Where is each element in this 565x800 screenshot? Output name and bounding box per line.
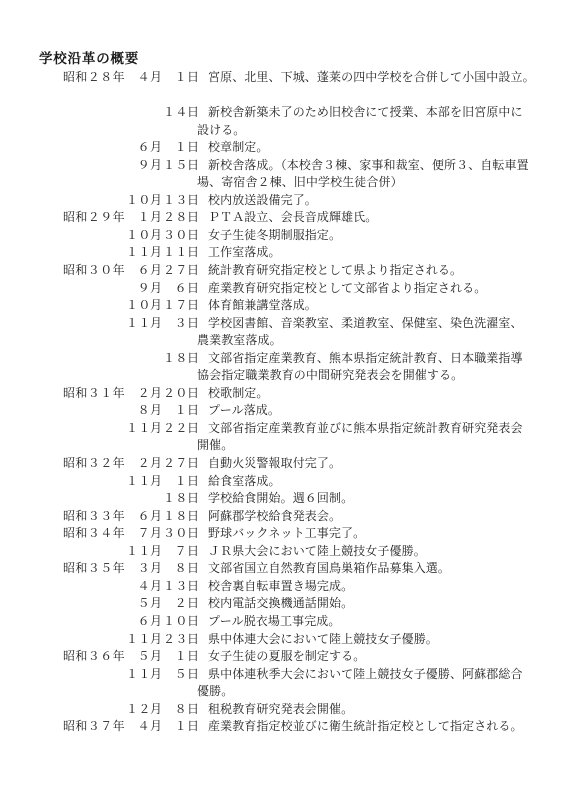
timeline-continuation-line: 協会指定職業教育の中間研究発表会を開催する。 [63, 367, 547, 385]
event-text: 野球バックネット工事完了。 [208, 525, 547, 543]
day-suffix: 日 [187, 578, 200, 596]
month-suffix: 月 [150, 420, 163, 438]
day-suffix: 日 [187, 508, 200, 526]
month-suffix [150, 490, 163, 508]
day-number: ６ [163, 280, 187, 298]
timeline-continuation-line: 優勝。 [63, 683, 547, 701]
event-text: 校内電話交換機通話開始。 [208, 595, 547, 613]
era-year: 昭和３０年 [63, 262, 126, 280]
event-text: 阿蘇郡学校給食発表会。 [208, 508, 547, 526]
timeline-entry: 昭和３３年６月１８日阿蘇郡学校給食発表会。 [63, 508, 547, 526]
day-suffix: 日 [187, 385, 200, 403]
month-suffix: 月 [150, 455, 163, 473]
day-number: １ [163, 718, 187, 736]
era-year [63, 227, 126, 245]
month-suffix: 月 [150, 402, 163, 420]
month-number: ６ [126, 613, 150, 631]
era-year: 昭和３７年 [63, 718, 126, 736]
day-number: ２８ [163, 209, 187, 227]
timeline-entry: ４月１３日校舎裏自転車置き場完成。 [63, 578, 547, 596]
event-text: 産業教育研究指定校として文部省より指定される。 [208, 280, 547, 298]
timeline-entry: 昭和３４年７月３０日野球バックネット工事完了。 [63, 525, 547, 543]
day-suffix: 日 [187, 631, 200, 649]
month-number: １１ [126, 666, 150, 684]
day-suffix: 日 [187, 525, 200, 543]
month-number: １１ [126, 315, 150, 333]
day-suffix: 日 [187, 315, 200, 333]
day-number: １ [163, 139, 187, 157]
month-number: ５ [126, 595, 150, 613]
event-text: 校歌制定。 [208, 385, 547, 403]
era-year: 昭和３３年 [63, 508, 126, 526]
month-number: １１ [126, 543, 150, 561]
era-year: 昭和３１年 [63, 385, 126, 403]
event-text: 文部省指定産業教育、熊本県指定統計教育、日本職業指導 [208, 350, 547, 368]
event-text: 県中体連秋季大会において陸上競技女子優勝、阿蘇郡総合 [208, 666, 547, 684]
event-text: 学校図書館、音楽教室、柔道教室、保健室、染色洗濯室、 [208, 315, 547, 333]
timeline-entry: １０月３０日女子生徒冬期制服指定。 [63, 227, 547, 245]
timeline-entry: １８日学校給食開始。週６回制。 [63, 490, 547, 508]
era-year [63, 244, 126, 262]
month-number: ５ [126, 648, 150, 666]
era-year [63, 613, 126, 631]
day-number: １３ [163, 578, 187, 596]
event-text: 産業教育指定校並びに衛生統計指定校として指定される。 [208, 718, 547, 736]
month-number: ９ [126, 280, 150, 298]
month-number: １０ [126, 297, 150, 315]
day-number: １３ [163, 192, 187, 210]
day-number: １８ [163, 490, 187, 508]
month-suffix: 月 [150, 139, 163, 157]
timeline: 昭和２８年４月１日宮原、北里、下城、蓬莱の四中学校を合併して小国中設立。１４日新… [63, 69, 547, 736]
era-year [63, 402, 126, 420]
era-year: 昭和３２年 [63, 455, 126, 473]
day-suffix: 日 [187, 648, 200, 666]
event-text: 新校舎新築未了のため旧校舎にて授業、本部を旧宮原中に [208, 104, 547, 122]
era-year: 昭和２９年 [63, 209, 126, 227]
month-number [126, 350, 150, 368]
day-number: ３０ [163, 227, 187, 245]
event-text: 宮原、北里、下城、蓬莱の四中学校を合併して小国中設立。 [208, 69, 547, 87]
timeline-entry: 昭和３２年２月２７日自動火災警報取付完了。 [63, 455, 547, 473]
day-suffix: 日 [187, 262, 200, 280]
month-suffix: 月 [150, 473, 163, 491]
timeline-entry: １２月８日租税教育研究発表会開催。 [63, 701, 547, 719]
day-number: １０ [163, 613, 187, 631]
event-text: 文部省国立自然教育国鳥巣箱作品募集入選。 [208, 560, 547, 578]
day-suffix: 日 [187, 718, 200, 736]
era-year [63, 104, 126, 122]
month-suffix: 月 [150, 297, 163, 315]
timeline-continuation-line: 農業教室落成。 [63, 332, 547, 350]
month-number: ４ [126, 718, 150, 736]
month-suffix: 月 [150, 595, 163, 613]
timeline-entry: １０月１３日校内放送設備完了。 [63, 192, 547, 210]
day-suffix: 日 [187, 157, 200, 175]
timeline-continuation-line: 開催。 [63, 437, 547, 455]
day-suffix: 日 [187, 244, 200, 262]
month-suffix: 月 [150, 69, 163, 87]
month-suffix: 月 [150, 578, 163, 596]
event-text: 県中体連大会において陸上競技女子優勝。 [208, 631, 547, 649]
day-number: １ [163, 473, 187, 491]
event-text: 女子生徒の夏服を制定する。 [208, 648, 547, 666]
day-number: ２２ [163, 420, 187, 438]
day-suffix: 日 [187, 490, 200, 508]
event-text: 学校給食開始。週６回制。 [208, 490, 547, 508]
event-text: 工作室落成。 [208, 244, 547, 262]
month-suffix: 月 [150, 666, 163, 684]
era-year [63, 157, 126, 175]
era-year [63, 192, 126, 210]
day-number: ３ [163, 315, 187, 333]
event-text-continued: 農業教室落成。 [197, 332, 547, 350]
month-number: ２ [126, 385, 150, 403]
day-suffix: 日 [187, 139, 200, 157]
day-suffix: 日 [187, 473, 200, 491]
day-suffix: 日 [187, 69, 200, 87]
era-year [63, 280, 126, 298]
month-suffix: 月 [150, 227, 163, 245]
event-text: 校内放送設備完了。 [208, 192, 547, 210]
day-suffix: 日 [187, 613, 200, 631]
day-suffix: 日 [187, 543, 200, 561]
month-suffix: 月 [150, 508, 163, 526]
event-text: 統計教育研究指定校として県より指定される。 [208, 262, 547, 280]
timeline-entry: １８日文部省指定産業教育、熊本県指定統計教育、日本職業指導 [63, 350, 547, 368]
timeline-entry: １１月２２日文部省指定産業教育並びに熊本県指定統計教育研究発表会 [63, 420, 547, 438]
day-suffix: 日 [187, 104, 200, 122]
month-number: １１ [126, 631, 150, 649]
event-text: ＪＲ県大会において陸上競技女子優勝。 [208, 543, 547, 561]
timeline-entry: 昭和３７年４月１日産業教育指定校並びに衛生統計指定校として指定される。 [63, 718, 547, 736]
era-year [63, 350, 126, 368]
era-year: 昭和３４年 [63, 525, 126, 543]
era-year [63, 315, 126, 333]
event-text-continued: 協会指定職業教育の中間研究発表会を開催する。 [197, 367, 547, 385]
month-number: １１ [126, 473, 150, 491]
month-suffix: 月 [150, 280, 163, 298]
month-number: １１ [126, 420, 150, 438]
day-suffix: 日 [187, 455, 200, 473]
event-text-continued: 開催。 [197, 437, 547, 455]
day-number: ２０ [163, 385, 187, 403]
timeline-continuation-line: 場、寄宿舎２棟、旧中学校生徒合併） [63, 174, 547, 192]
event-text: ＰＴＡ設立、会長音成輝雄氏。 [208, 209, 547, 227]
month-suffix: 月 [150, 543, 163, 561]
timeline-entry: 昭和３０年６月２７日統計教育研究指定校として県より指定される。 [63, 262, 547, 280]
day-number: ２７ [163, 262, 187, 280]
month-number: ２ [126, 455, 150, 473]
era-year [63, 473, 126, 491]
month-number [126, 104, 150, 122]
timeline-entry: １１月１１日工作室落成。 [63, 244, 547, 262]
month-number: ４ [126, 69, 150, 87]
event-text: 給食室落成。 [208, 473, 547, 491]
month-suffix [150, 104, 163, 122]
event-text-continued: 設ける。 [197, 122, 547, 140]
day-number: ８ [163, 701, 187, 719]
day-number: １８ [163, 508, 187, 526]
era-year: 昭和３５年 [63, 560, 126, 578]
month-suffix: 月 [150, 262, 163, 280]
day-number: １ [163, 69, 187, 87]
month-suffix: 月 [150, 525, 163, 543]
era-year: 昭和２８年 [63, 69, 126, 87]
day-number: １４ [163, 104, 187, 122]
timeline-entry: ９月１５日新校舎落成。（本校舎３棟、家事和裁室、便所３、自転車置 [63, 157, 547, 175]
day-suffix: 日 [187, 701, 200, 719]
timeline-continuation-line: 設ける。 [63, 122, 547, 140]
era-year [63, 666, 126, 684]
timeline-entry: ９月６日産業教育研究指定校として文部省より指定される。 [63, 280, 547, 298]
month-suffix: 月 [150, 385, 163, 403]
month-suffix [150, 350, 163, 368]
month-suffix: 月 [150, 648, 163, 666]
day-number: ２ [163, 595, 187, 613]
day-suffix: 日 [187, 350, 200, 368]
day-suffix: 日 [187, 192, 200, 210]
timeline-entry: ５月２日校内電話交換機通話開始。 [63, 595, 547, 613]
day-number: ７ [163, 543, 187, 561]
event-text: 校章制定。 [208, 139, 547, 157]
timeline-entry: 昭和２９年１月２８日ＰＴＡ設立、会長音成輝雄氏。 [63, 209, 547, 227]
month-suffix: 月 [150, 613, 163, 631]
event-text: 文部省指定産業教育並びに熊本県指定統計教育研究発表会 [208, 420, 547, 438]
event-text-continued: 優勝。 [197, 683, 547, 701]
day-number: ８ [163, 560, 187, 578]
month-suffix: 月 [150, 701, 163, 719]
month-number: １ [126, 209, 150, 227]
day-suffix: 日 [187, 666, 200, 684]
timeline-entry: １１月３日学校図書館、音楽教室、柔道教室、保健室、染色洗濯室、 [63, 315, 547, 333]
month-number: ９ [126, 157, 150, 175]
timeline-entry: １０月１７日体育館兼講堂落成。 [63, 297, 547, 315]
month-number: ７ [126, 525, 150, 543]
month-number: ６ [126, 262, 150, 280]
day-number: ２７ [163, 455, 187, 473]
day-number: ３０ [163, 525, 187, 543]
day-suffix: 日 [187, 280, 200, 298]
timeline-entry: １１月７日ＪＲ県大会において陸上競技女子優勝。 [63, 543, 547, 561]
timeline-entry: １１月５日県中体連秋季大会において陸上競技女子優勝、阿蘇郡総合 [63, 666, 547, 684]
timeline-entry: ６月１０日プール脱衣場工事完成。 [63, 613, 547, 631]
day-number: １１ [163, 244, 187, 262]
month-number: ６ [126, 508, 150, 526]
month-number: １０ [126, 192, 150, 210]
day-number: １ [163, 402, 187, 420]
event-text: 自動火災警報取付完了。 [208, 455, 547, 473]
month-suffix: 月 [150, 560, 163, 578]
month-suffix: 月 [150, 718, 163, 736]
era-year [63, 490, 126, 508]
timeline-entry: 昭和３６年５月１日女子生徒の夏服を制定する。 [63, 648, 547, 666]
event-text: 租税教育研究発表会開催。 [208, 701, 547, 719]
era-year [63, 420, 126, 438]
era-year [63, 578, 126, 596]
era-year [63, 139, 126, 157]
event-text: プール脱衣場工事完成。 [208, 613, 547, 631]
day-number: １８ [163, 350, 187, 368]
day-number: ５ [163, 666, 187, 684]
timeline-entry: 昭和３１年２月２０日校歌制定。 [63, 385, 547, 403]
event-text: 校舎裏自転車置き場完成。 [208, 578, 547, 596]
month-suffix: 月 [150, 157, 163, 175]
timeline-entry: ８月１日プール落成。 [63, 402, 547, 420]
day-number: ２３ [163, 631, 187, 649]
era-year [63, 543, 126, 561]
month-number [126, 490, 150, 508]
day-number: １７ [163, 297, 187, 315]
era-year [63, 595, 126, 613]
month-number: ４ [126, 578, 150, 596]
month-suffix: 月 [150, 192, 163, 210]
timeline-entry: ６月１日校章制定。 [63, 139, 547, 157]
day-suffix: 日 [187, 560, 200, 578]
month-suffix: 月 [150, 631, 163, 649]
month-number: ８ [126, 402, 150, 420]
timeline-entry: １１月１日給食室落成。 [63, 473, 547, 491]
month-number: １０ [126, 227, 150, 245]
blank-line [63, 87, 547, 105]
month-number: １１ [126, 244, 150, 262]
day-number: １５ [163, 157, 187, 175]
timeline-entry: 昭和３５年３月８日文部省国立自然教育国鳥巣箱作品募集入選。 [63, 560, 547, 578]
event-text: 新校舎落成。（本校舎３棟、家事和裁室、便所３、自転車置 [208, 157, 547, 175]
event-text: 女子生徒冬期制服指定。 [208, 227, 547, 245]
month-suffix: 月 [150, 315, 163, 333]
month-suffix: 月 [150, 209, 163, 227]
month-number: １２ [126, 701, 150, 719]
era-year: 昭和３６年 [63, 648, 126, 666]
timeline-entry: １１月２３日県中体連大会において陸上競技女子優勝。 [63, 631, 547, 649]
month-number: ３ [126, 560, 150, 578]
month-number: ６ [126, 139, 150, 157]
day-suffix: 日 [187, 209, 200, 227]
day-suffix: 日 [187, 402, 200, 420]
page-title: 学校沿革の概要 [39, 47, 139, 67]
day-suffix: 日 [187, 297, 200, 315]
day-suffix: 日 [187, 227, 200, 245]
era-year [63, 631, 126, 649]
era-year [63, 297, 126, 315]
timeline-entry: １４日新校舎新築未了のため旧校舎にて授業、本部を旧宮原中に [63, 104, 547, 122]
timeline-entry: 昭和２８年４月１日宮原、北里、下城、蓬莱の四中学校を合併して小国中設立。 [63, 69, 547, 87]
day-number: １ [163, 648, 187, 666]
day-suffix: 日 [187, 595, 200, 613]
era-year [63, 701, 126, 719]
event-text-continued: 場、寄宿舎２棟、旧中学校生徒合併） [197, 174, 547, 192]
document-page: 学校沿革の概要 昭和２８年４月１日宮原、北里、下城、蓬莱の四中学校を合併して小国… [0, 0, 565, 800]
event-text: 体育館兼講堂落成。 [208, 297, 547, 315]
event-text: プール落成。 [208, 402, 547, 420]
day-suffix: 日 [187, 420, 200, 438]
month-suffix: 月 [150, 244, 163, 262]
